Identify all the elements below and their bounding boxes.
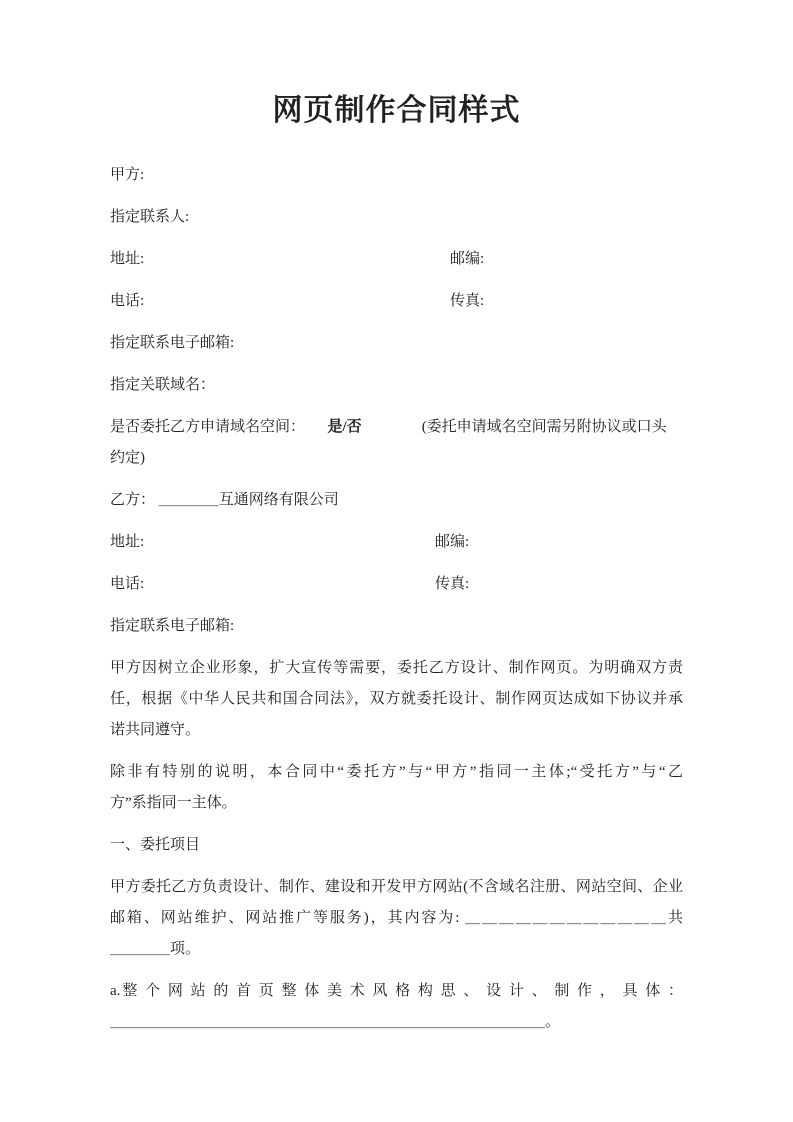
definition-paragraph: 除非有特别的说明，本合同中“委托方”与“甲方”指同一主体;“受托方”与“乙方”系… bbox=[110, 757, 683, 819]
party-b-company-name: 互通网络有限公司 bbox=[219, 492, 339, 508]
text-line: 方”系指同一主体。 bbox=[110, 788, 683, 819]
text-line: ＿＿＿＿项。 bbox=[110, 934, 683, 965]
domain-delegation-line1: 是否委托乙方申请域名空间： 是/否 (委托申请域名空间需另附协议或口头 bbox=[110, 412, 683, 443]
party-b-address-row: 地址: 邮编: bbox=[110, 527, 683, 558]
party-a-domain-label: 指定关联域名： bbox=[110, 377, 215, 393]
domain-delegation-paragraph: 是否委托乙方申请域名空间： 是/否 (委托申请域名空间需另附协议或口头 约定) bbox=[110, 412, 683, 474]
yes-no-choice: 是/否 bbox=[328, 419, 362, 435]
party-a-name-row: 甲方: bbox=[110, 160, 683, 191]
party-b-email-label: 指定联系电子邮箱: bbox=[110, 618, 234, 634]
party-b-phone-label: 电话: bbox=[110, 576, 144, 592]
party-a-contact-label: 指定联系人: bbox=[110, 209, 189, 225]
delegation-question: 是否委托乙方申请域名空间： bbox=[110, 419, 328, 435]
party-b-name-row: 乙方： ＿＿＿＿互通网络有限公司 bbox=[110, 485, 683, 516]
text-line: 除非有特别的说明，本合同中“委托方”与“甲方”指同一主体;“受托方”与“乙 bbox=[110, 757, 683, 788]
party-b-email-row: 指定联系电子邮箱: bbox=[110, 611, 683, 642]
party-a-domain-row: 指定关联域名： bbox=[110, 370, 683, 401]
party-a-fax-label: 传真: bbox=[450, 286, 484, 317]
party-a-contact-row: 指定联系人: bbox=[110, 202, 683, 233]
delegation-note-continued: 约定) bbox=[110, 450, 145, 466]
party-a-address-row: 地址: 邮编: bbox=[110, 244, 683, 275]
text-line: 甲方委托乙方负责设计、制作、建设和开发甲方网站(不含域名注册、网站空间、企业 bbox=[110, 872, 683, 903]
party-a-address-label: 地址: bbox=[110, 251, 144, 267]
party-a-phone-row: 电话: 传真: bbox=[110, 286, 683, 317]
party-a-postcode-label: 邮编: bbox=[450, 244, 484, 275]
party-b-postcode-label: 邮编: bbox=[435, 527, 469, 558]
party-b-label: 乙方： bbox=[110, 492, 159, 508]
party-a-email-label: 指定联系电子邮箱: bbox=[110, 335, 234, 351]
section-1-heading: 一、委托项目 bbox=[110, 830, 683, 861]
text-line: 任，根据《中华人民共和国合同法》，双方就委托设计、制作网页达成如下协议并承 bbox=[110, 684, 683, 715]
text-line: 诺共同遵守。 bbox=[110, 715, 683, 746]
text-line: a.整 个 网 站 的 首 页 整 体 美 术 风 格 构 思 、 设 计 、 … bbox=[110, 976, 683, 1007]
domain-delegation-line2: 约定) bbox=[110, 443, 683, 474]
party-a-email-row: 指定联系电子邮箱: bbox=[110, 328, 683, 359]
party-a-phone-label: 电话: bbox=[110, 293, 144, 309]
text-line: 邮箱、网站维护、网站推广等服务)，其内容为: ＿＿＿＿＿＿＿＿＿＿＿＿共 bbox=[110, 903, 683, 934]
party-b-address-label: 地址: bbox=[110, 534, 144, 550]
party-a-label: 甲方: bbox=[110, 167, 144, 183]
contract-page: 网页制作合同样式 甲方: 指定联系人: 地址: 邮编: 电话: 传真: 指定联系… bbox=[0, 0, 793, 1122]
text-line: 甲方因树立企业形象，扩大宣传等需要，委托乙方设计、制作网页。为明确双方责 bbox=[110, 653, 683, 684]
party-b-phone-row: 电话: 传真: bbox=[110, 569, 683, 600]
intro-paragraph: 甲方因树立企业形象，扩大宣传等需要，委托乙方设计、制作网页。为明确双方责任，根据… bbox=[110, 653, 683, 746]
delegation-note: (委托申请域名空间需另附协议或口头 bbox=[362, 419, 667, 435]
text-line: ＿＿＿＿＿＿＿＿＿＿＿＿＿＿＿＿＿＿＿＿＿＿＿＿＿＿＿＿＿。 bbox=[110, 1007, 683, 1038]
item-a-paragraph: a.整 个 网 站 的 首 页 整 体 美 术 风 格 构 思 、 设 计 、 … bbox=[110, 976, 683, 1038]
document-title: 网页制作合同样式 bbox=[110, 93, 683, 128]
party-b-blank-line: ＿＿＿＿ bbox=[159, 492, 219, 508]
scope-paragraph: 甲方委托乙方负责设计、制作、建设和开发甲方网站(不含域名注册、网站空间、企业邮箱… bbox=[110, 872, 683, 965]
party-b-fax-label: 传真: bbox=[435, 569, 469, 600]
